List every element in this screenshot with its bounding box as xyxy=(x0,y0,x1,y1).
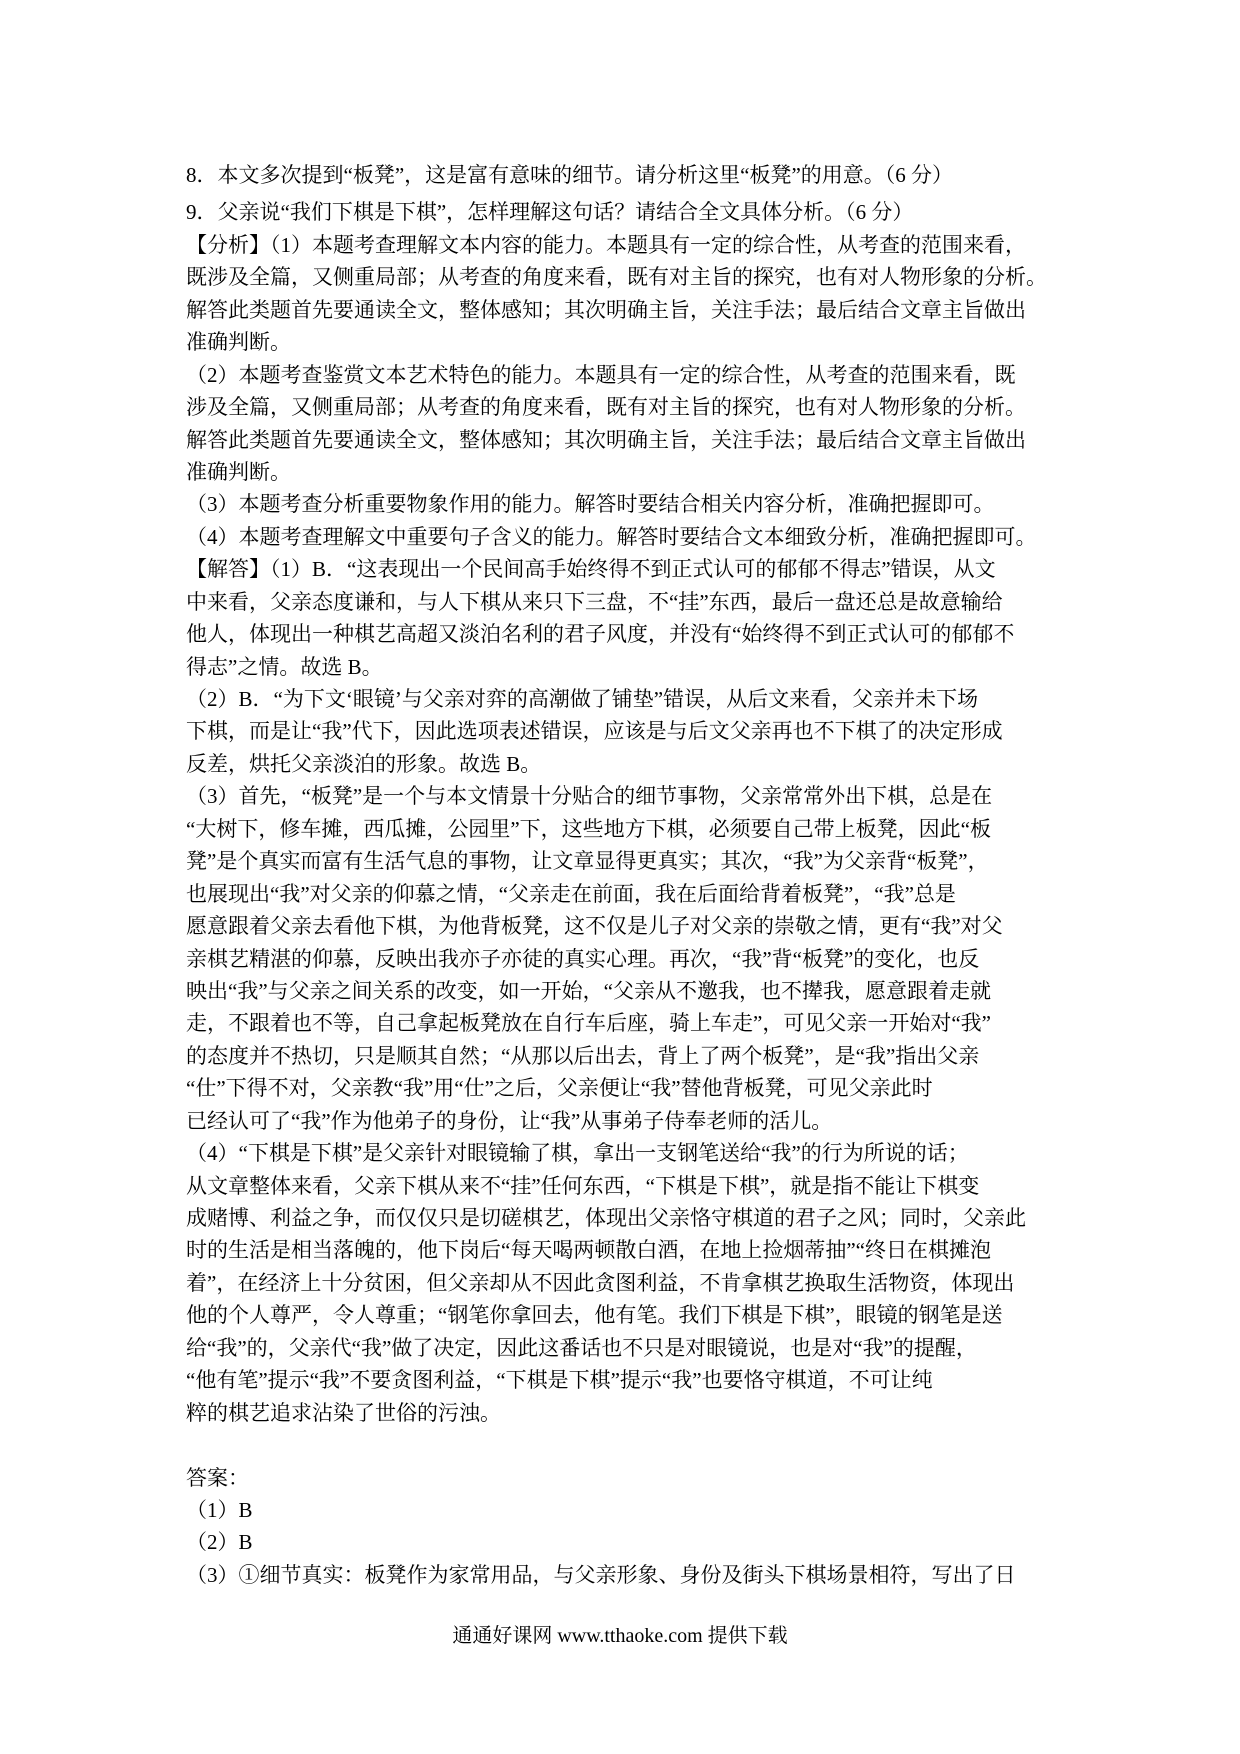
answer-explanation-line: 映出“我”与父亲之间关系的改变，如一开始，“父亲从不邀我，也不撵我，愿意跟着走就 xyxy=(186,975,1054,1007)
answer-explanation-line: 亲棋艺精湛的仰慕，反映出我亦子亦徒的真实心理。再次，“我”背“板凳”的变化，也反 xyxy=(186,943,1054,975)
answer-explanation-line: 从文章整体来看，父亲下棋从来不“挂”任何东西，“下棋是下棋”，就是指不能让下棋变 xyxy=(186,1170,1054,1202)
analysis-line: 【分析】（1）本题考查理解文本内容的能力。本题具有一定的综合性，从考查的范围来看… xyxy=(186,229,1054,261)
analysis-line: 解答此类题首先要通读全文，整体感知；其次明确主旨，关注手法；最后结合文章主旨做出 xyxy=(186,294,1054,326)
question-9: 9．父亲说“我们下棋是下棋”，怎样理解这句话？请结合全文具体分析。（6 分） xyxy=(186,196,1054,228)
answer-explanation-line: 他的个人尊严，令人尊重；“钢笔你拿回去，他有笔。我们下棋是下棋”，眼镜的钢笔是送 xyxy=(186,1299,1054,1331)
answer-explanation-line: 【解答】（1）B．“这表现出一个民间高手始终得不到正式认可的郁郁不得志”错误，从… xyxy=(186,553,1054,585)
answer-explanation-line: “大树下，修车摊，西瓜摊，公园里”下，这些地方下棋，必须要自己带上板凳，因此“板 xyxy=(186,813,1054,845)
answers-key-item: （3）①细节真实：板凳作为家常用品，与父亲形象、身份及街头下棋场景相符，写出了日 xyxy=(186,1559,1054,1591)
analysis-line: 解答此类题首先要通读全文，整体感知；其次明确主旨，关注手法；最后结合文章主旨做出 xyxy=(186,424,1054,456)
answer-explanation-line: 给“我”的，父亲代“我”做了决定，因此这番话也不只是对眼镜说，也是对“我”的提醒… xyxy=(186,1332,1054,1364)
answer-explanation-line: 时的生活是相当落魄的，他下岗后“每天喝两顿散白酒，在地上捡烟蒂抽”“终日在棋摊泡 xyxy=(186,1234,1054,1266)
analysis-line: 准确判断。 xyxy=(186,456,1054,488)
answer-explanation-line: “仕”下得不对，父亲教“我”用“仕”之后，父亲便让“我”替他背板凳，可见父亲此时 xyxy=(186,1072,1054,1104)
analysis-section: 【分析】（1）本题考查理解文本内容的能力。本题具有一定的综合性，从考查的范围来看… xyxy=(186,229,1054,553)
analysis-line: 既涉及全篇，又侧重局部；从考查的角度来看，既有对主旨的探究，也有对人物形象的分析… xyxy=(186,261,1054,293)
answer-explanation-line: 他人，体现出一种棋艺高超又淡泊名利的君子风度，并没有“始终得不到正式认可的郁郁不 xyxy=(186,618,1054,650)
footer-text: 通通好课网 www.tthaoke.com 提供下载 xyxy=(452,1625,787,1647)
answers-key-section: 答案： （1）B（2）B（3）①细节真实：板凳作为家常用品，与父亲形象、身份及街… xyxy=(186,1462,1054,1592)
answer-explanation-line: 粹的棋艺追求沾染了世俗的污浊。 xyxy=(186,1397,1054,1429)
document-body: 8．本文多次提到“板凳”，这是富有意味的细节。请分析这里“板凳”的用意。（6 分… xyxy=(186,159,1054,1591)
answer-explanation-line: （4）“下棋是下棋”是父亲针对眼镜输了棋，拿出一支钢笔送给“我”的行为所说的话； xyxy=(186,1137,1054,1169)
answer-explanation-line: 中来看，父亲态度谦和，与人下棋从来只下三盘，不“挂”东西，最后一盘还总是故意输给 xyxy=(186,586,1054,618)
answer-explanation-line: 反差，烘托父亲淡泊的形象。故选 B。 xyxy=(186,748,1054,780)
analysis-line: （4）本题考查理解文中重要句子含义的能力。解答时要结合文本细致分析，准确把握即可… xyxy=(186,521,1054,553)
question-8: 8．本文多次提到“板凳”，这是富有意味的细节。请分析这里“板凳”的用意。（6 分… xyxy=(186,159,1054,191)
answers-key-items: （1）B（2）B（3）①细节真实：板凳作为家常用品，与父亲形象、身份及街头下棋场… xyxy=(186,1494,1054,1591)
answer-explanation-line: 走，不跟着也不等，自己拿起板凳放在自行车后座，骑上车走”，可见父亲一开始对“我” xyxy=(186,1007,1054,1039)
answer-explanation-line: “他有笔”提示“我”不要贪图利益，“下棋是下棋”提示“我”也要恪守棋道，不可让纯 xyxy=(186,1364,1054,1396)
answer-explanation-line: （2）B．“为下文‘眼镜’与父亲对弈的高潮做了铺垫”错误，从后文来看，父亲并未下… xyxy=(186,683,1054,715)
answer-explanation-line: 也展现出“我”对父亲的仰慕之情，“父亲走在前面，我在后面给背着板凳”，“我”总是 xyxy=(186,878,1054,910)
answers-key-item: （1）B xyxy=(186,1494,1054,1526)
analysis-line: （3）本题考查分析重要物象作用的能力。解答时要结合相关内容分析，准确把握即可。 xyxy=(186,488,1054,520)
answer-explanation-line: 已经认可了“我”作为他弟子的身份，让“我”从事弟子侍奉老师的活儿。 xyxy=(186,1105,1054,1137)
answer-explanation-line: 着”，在经济上十分贫困，但父亲却从不因此贪图利益，不肯拿棋艺换取生活物资，体现出 xyxy=(186,1267,1054,1299)
answer-explanation-line: 凳”是个真实而富有生活气息的事物，让文章显得更真实；其次，“我”为父亲背“板凳”… xyxy=(186,845,1054,877)
answer-explanation-line: 的态度并不热切，只是顺其自然；“从那以后出去，背上了两个板凳”，是“我”指出父亲 xyxy=(186,1040,1054,1072)
answer-explanation-line: 成赌博、利益之争，而仅仅只是切磋棋艺，体现出父亲恪守棋道的君子之风；同时，父亲此 xyxy=(186,1202,1054,1234)
analysis-line: （2）本题考查鉴赏文本艺术特色的能力。本题具有一定的综合性，从考查的范围来看，既 xyxy=(186,359,1054,391)
answers-key-item: （2）B xyxy=(186,1526,1054,1558)
answer-explanation-line: 得志”之情。故选 B。 xyxy=(186,651,1054,683)
answer-explanation-section: 【解答】（1）B．“这表现出一个民间高手始终得不到正式认可的郁郁不得志”错误，从… xyxy=(186,553,1054,1429)
answer-explanation-line: 下棋，而是让“我”代下，因此选项表述错误，应该是与后文父亲再也不下棋了的决定形成 xyxy=(186,715,1054,747)
analysis-line: 涉及全篇，又侧重局部；从考查的角度来看，既有对主旨的探究，也有对人物形象的分析。 xyxy=(186,391,1054,423)
answer-explanation-line: （3）首先，“板凳”是一个与本文情景十分贴合的细节事物，父亲常常外出下棋，总是在 xyxy=(186,780,1054,812)
page-footer: 通通好课网 www.tthaoke.com 提供下载 xyxy=(0,1620,1240,1652)
analysis-line: 准确判断。 xyxy=(186,326,1054,358)
answer-explanation-line: 愿意跟着父亲去看他下棋，为他背板凳，这不仅是儿子对父亲的崇敬之情，更有“我”对父 xyxy=(186,910,1054,942)
page: { "page": { "background_color": "#ffffff… xyxy=(0,0,1240,1754)
answers-key-label: 答案： xyxy=(186,1462,1054,1494)
